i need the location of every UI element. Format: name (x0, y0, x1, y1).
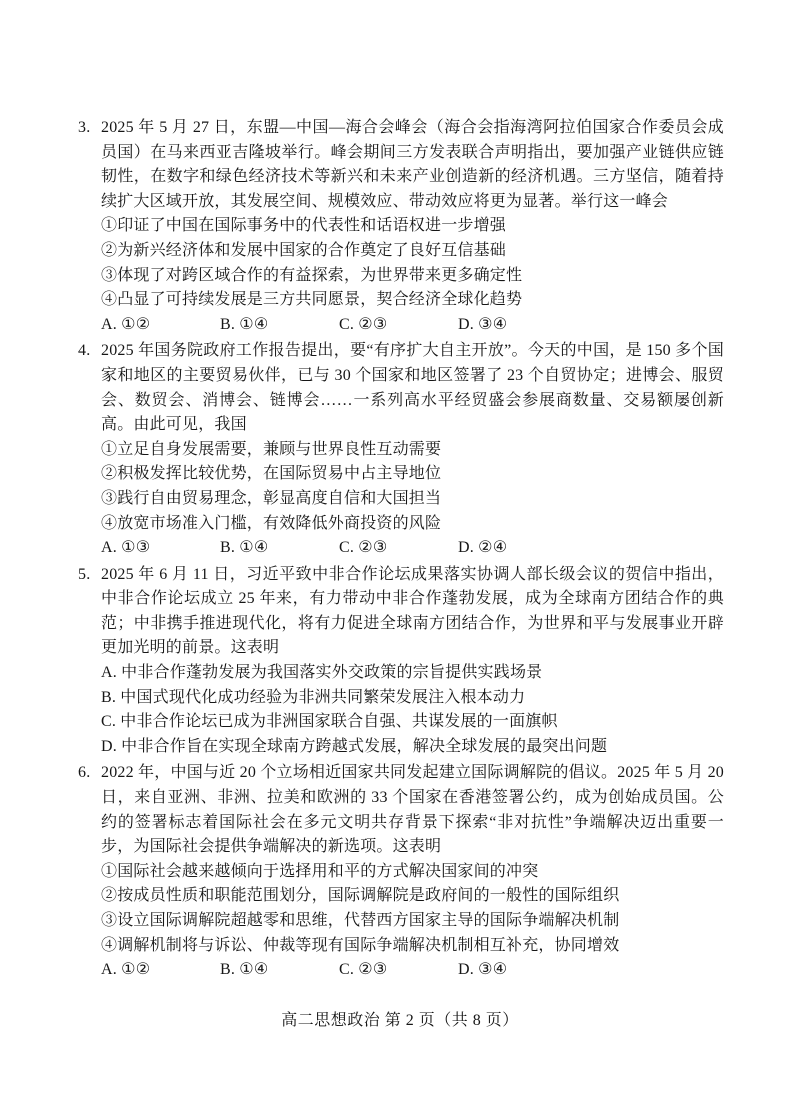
statement-row: ①立足自身发展需要，兼顾与世界良性互动需要 (101, 438, 724, 463)
question-stem: 2025 年国务院政府工作报告提出，要“有序扩大自主开放”。今天的中国，是 15… (101, 339, 724, 437)
statement-row: ④调解机制将与诉讼、仲裁等现有国际争端解决机制相互补充，协同增效 (101, 934, 724, 959)
question-stem: 2022 年，中国与近 20 个立场相近国家共同发起建立国际调解院的倡议。202… (101, 761, 724, 859)
question-stem: 2025 年 5 月 27 日，东盟—中国—海合会峰会（海合会指海湾阿拉伯国家合… (101, 116, 724, 214)
option-row-a: A. 中非合作蓬勃发展为我国落实外交政策的宗旨提供实践场景 (101, 661, 724, 686)
statement-row: ③设立国际调解院超越零和思维，代替西方国家主导的国际争端解决机制 (101, 909, 724, 934)
choice-d: D. ③④ (458, 958, 507, 983)
question-number: 3. (78, 116, 101, 214)
question-number: 4. (78, 339, 101, 437)
statement-row: ②为新兴经济体和发展中国家的合作奠定了良好互信基础 (101, 239, 724, 264)
choice-c: C. ②③ (339, 958, 458, 983)
choice-b: B. ①④ (220, 958, 339, 983)
statement-row: ②积极发挥比较优势，在国际贸易中占主导地位 (101, 462, 724, 487)
statement-row: ③体现了对跨区域合作的有益探索，为世界带来更多确定性 (101, 264, 724, 289)
choice-d: D. ③④ (458, 313, 507, 338)
question-6: 6. 2022 年，中国与近 20 个立场相近国家共同发起建立国际调解院的倡议。… (78, 761, 724, 982)
choices-row: A. ①② B. ①④ C. ②③ D. ③④ (101, 313, 724, 338)
question-number: 5. (78, 563, 101, 661)
option-row-d: D. 中非合作旨在实现全球南方跨越式发展，解决全球发展的最突出问题 (101, 735, 724, 760)
question-4: 4. 2025 年国务院政府工作报告提出，要“有序扩大自主开放”。今天的中国，是… (78, 339, 724, 560)
statement-row: ④凸显了可持续发展是三方共同愿景，契合经济全球化趋势 (101, 288, 724, 313)
option-row-c: C. 中非合作论坛已成为非洲国家联合自强、共谋发展的一面旗帜 (101, 710, 724, 735)
choice-b: B. ①④ (220, 536, 339, 561)
question-5: 5. 2025 年 6 月 11 日，习近平致中非合作论坛成果落实协调人部长级会… (78, 563, 724, 760)
choices-row: A. ①③ B. ①④ C. ②③ D. ②④ (101, 536, 724, 561)
choice-b: B. ①④ (220, 313, 339, 338)
choices-row: A. ①② B. ①④ C. ②③ D. ③④ (101, 958, 724, 983)
question-number: 6. (78, 761, 101, 859)
exam-page-content: 3. 2025 年 5 月 27 日，东盟—中国—海合会峰会（海合会指海湾阿拉伯… (78, 116, 724, 985)
statement-row: ①国际社会越来越倾向于选择用和平的方式解决国家间的冲突 (101, 860, 724, 885)
question-stem: 2025 年 6 月 11 日，习近平致中非合作论坛成果落实协调人部长级会议的贺… (101, 563, 724, 661)
statement-row: ④放宽市场准入门槛，有效降低外商投资的风险 (101, 512, 724, 537)
page-footer: 高二思想政治 第 2 页（共 8 页） (0, 1007, 800, 1030)
choice-d: D. ②④ (458, 536, 507, 561)
choice-a: A. ①② (101, 313, 220, 338)
choice-c: C. ②③ (339, 536, 458, 561)
statement-row: ①印证了中国在国际事务中的代表性和话语权进一步增强 (101, 214, 724, 239)
question-3: 3. 2025 年 5 月 27 日，东盟—中国—海合会峰会（海合会指海湾阿拉伯… (78, 116, 724, 337)
choice-a: A. ①③ (101, 536, 220, 561)
choice-c: C. ②③ (339, 313, 458, 338)
choice-a: A. ①② (101, 958, 220, 983)
statement-row: ②按成员性质和职能范围划分，国际调解院是政府间的一般性的国际组织 (101, 884, 724, 909)
option-row-b: B. 中国式现代化成功经验为非洲共同繁荣发展注入根本动力 (101, 686, 724, 711)
statement-row: ③践行自由贸易理念，彰显高度自信和大国担当 (101, 487, 724, 512)
